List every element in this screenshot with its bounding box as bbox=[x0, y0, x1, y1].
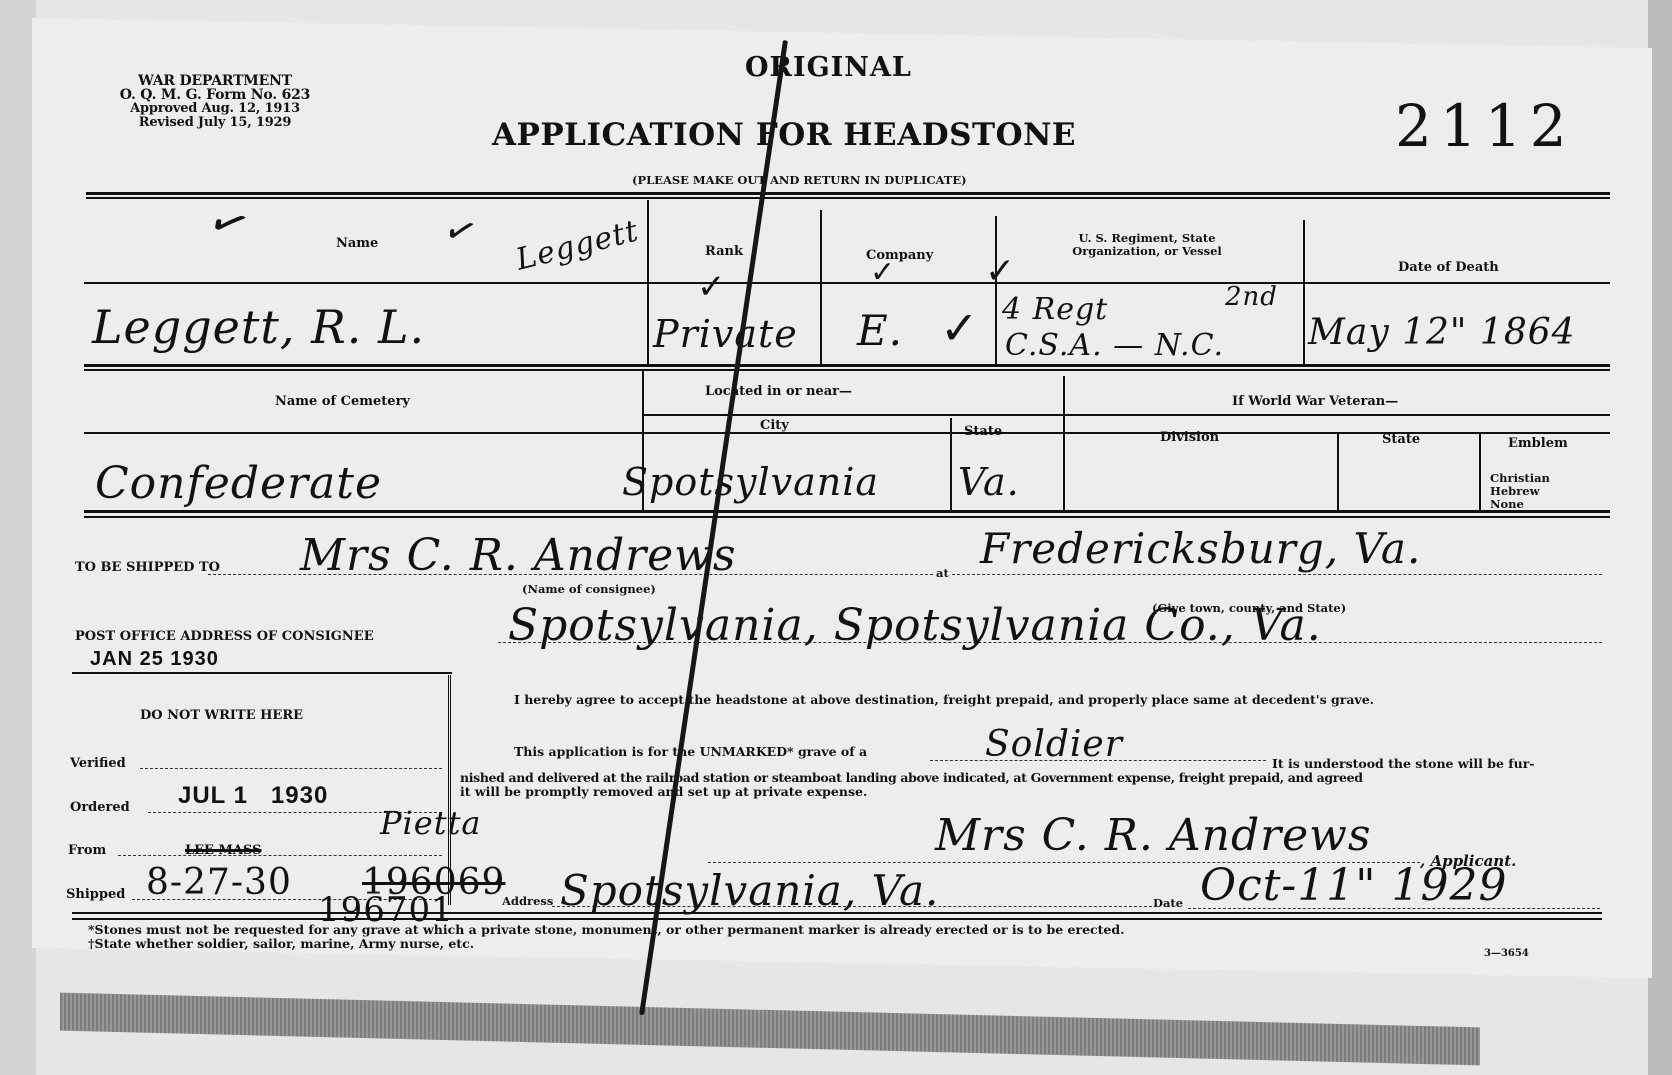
checkmark-icon: ✓ bbox=[985, 254, 1015, 290]
agreement-line-2b: It is understood the stone will be fur- bbox=[1272, 756, 1535, 771]
cemetery-row-rule bbox=[84, 510, 1610, 513]
col-divider bbox=[820, 210, 822, 366]
footnote-1: *Stones must not be requested for any gr… bbox=[88, 922, 1124, 937]
verified-line bbox=[140, 768, 442, 769]
received-stamp: JAN 25 1930 bbox=[90, 648, 219, 671]
soldier-name: Leggett, R. L. bbox=[92, 300, 425, 354]
post-office-address: Spotsylvania, Spotsylvania Co., Va. bbox=[508, 600, 1322, 651]
soldier-row-rule bbox=[84, 364, 1610, 367]
from-annotation: Pietta bbox=[380, 804, 482, 842]
header-located: Located in or near— bbox=[705, 384, 852, 399]
form-subtitle: (PLEASE MAKE OUT AND RETURN IN DUPLICATE… bbox=[632, 173, 967, 187]
checkmark-icon: ✓ bbox=[870, 258, 895, 288]
checkmark-icon: ✓ bbox=[940, 305, 979, 351]
at-label: at bbox=[936, 566, 949, 580]
cemetery-state: Va. bbox=[958, 460, 1020, 504]
to-be-shipped-label: TO BE SHIPPED TO bbox=[75, 560, 220, 575]
applicant-address: Spotsylvania, Va. bbox=[560, 866, 939, 915]
office-box-title: DO NOT WRITE HERE bbox=[140, 708, 303, 723]
table-top-rule bbox=[86, 192, 1610, 195]
scan-left-edge bbox=[0, 0, 36, 1075]
col-divider bbox=[647, 200, 649, 366]
subheader-rule bbox=[644, 414, 1610, 416]
col-divider bbox=[1063, 376, 1065, 512]
cemetery-name: Confederate bbox=[95, 458, 382, 509]
form-code: 3—3654 bbox=[1484, 948, 1529, 959]
header-world-war: If World War Veteran— bbox=[1232, 394, 1398, 409]
date-label: Date bbox=[1153, 896, 1183, 910]
header-ww-state: State bbox=[1382, 432, 1420, 447]
post-office-label: POST OFFICE ADDRESS OF CONSIGNEE bbox=[75, 629, 374, 644]
destination: Fredericksburg, Va. bbox=[980, 524, 1421, 573]
form-department-block: WAR DEPARTMENT O. Q. M. G. Form No. 623 … bbox=[82, 74, 348, 130]
regiment-annotation: 2nd bbox=[1225, 282, 1278, 312]
date-of-death: May 12" 1864 bbox=[1308, 312, 1576, 353]
header-state: State bbox=[964, 424, 1002, 439]
footer-rule-inner bbox=[72, 918, 1602, 920]
consignee-name: Mrs C. R. Andrews bbox=[300, 530, 736, 581]
header-city: City bbox=[760, 418, 789, 433]
approved-date: Approved Aug. 12, 1913 bbox=[82, 102, 348, 116]
destination-line bbox=[952, 574, 1602, 575]
soldier-row-rule-inner bbox=[84, 369, 1610, 371]
soldier-rank: Private bbox=[653, 312, 798, 356]
agreement-line-2a: This application is for the UNMARKED* gr… bbox=[514, 744, 867, 759]
agreement-line-3: nished and delivered at the railroad sta… bbox=[460, 770, 1363, 785]
address-label: Address bbox=[502, 894, 553, 908]
grave-of-value: Soldier bbox=[985, 724, 1123, 765]
cemetery-row-rule-inner bbox=[84, 516, 1610, 518]
from-value-struck: LEE MASS bbox=[185, 843, 261, 858]
soldier-regiment-line1: 4 Regt bbox=[1002, 292, 1108, 327]
shipped-date: 8-27-30 bbox=[146, 862, 292, 903]
header-regiment: U. S. Regiment, State Organization, or V… bbox=[1062, 232, 1232, 258]
footnote-2: †State whether soldier, sailor, marine, … bbox=[88, 936, 474, 951]
col-divider bbox=[1479, 432, 1481, 512]
applicant-signature: Mrs C. R. Andrews bbox=[935, 810, 1371, 861]
form-title: APPLICATION FOR HEADSTONE bbox=[492, 117, 1076, 153]
consignee-caption: (Name of consignee) bbox=[522, 582, 656, 596]
from-label: From bbox=[68, 843, 106, 858]
checkmark-icon: ✓ bbox=[697, 270, 726, 304]
stamp-underline bbox=[72, 672, 452, 674]
header-date-of-death: Date of Death bbox=[1398, 260, 1499, 275]
emblem-option-none: None bbox=[1490, 498, 1550, 511]
header-name: Name bbox=[336, 236, 378, 251]
header-emblem: Emblem bbox=[1508, 436, 1568, 451]
col-divider bbox=[1337, 432, 1339, 512]
ordered-stamp: JUL 1 1930 bbox=[178, 782, 328, 810]
header-rank: Rank bbox=[705, 244, 743, 259]
header-row-rule bbox=[84, 282, 1610, 284]
agreement-line-1: I hereby agree to accept the headstone a… bbox=[514, 692, 1374, 707]
emblem-options: Christian Hebrew None bbox=[1490, 472, 1550, 511]
application-date: Oct-11" 1929 bbox=[1200, 860, 1507, 911]
cemetery-city: Spotsylvania bbox=[622, 460, 879, 504]
scan-shadow bbox=[60, 993, 1480, 1066]
department-name: WAR DEPARTMENT bbox=[82, 74, 348, 88]
revised-date: Revised July 15, 1929 bbox=[82, 116, 348, 130]
form-number: O. Q. M. G. Form No. 623 bbox=[82, 88, 348, 102]
file-number: 2112 bbox=[1395, 92, 1575, 160]
footer-rule bbox=[72, 912, 1602, 914]
table-top-rule-inner bbox=[86, 197, 1610, 199]
ordered-label: Ordered bbox=[70, 800, 130, 815]
copy-label: ORIGINAL bbox=[745, 52, 912, 83]
shipped-label: Shipped bbox=[66, 887, 125, 902]
verified-label: Verified bbox=[70, 756, 126, 771]
soldier-regiment-line2: C.S.A. — N.C. bbox=[1005, 328, 1224, 363]
agreement-line-4: it will be promptly removed and set up a… bbox=[460, 784, 867, 799]
header-name-of-cemetery: Name of Cemetery bbox=[275, 394, 410, 409]
col-divider bbox=[1303, 220, 1305, 366]
soldier-company: E. bbox=[857, 306, 903, 355]
from-line bbox=[118, 855, 442, 856]
header-division: Division bbox=[1160, 430, 1219, 445]
